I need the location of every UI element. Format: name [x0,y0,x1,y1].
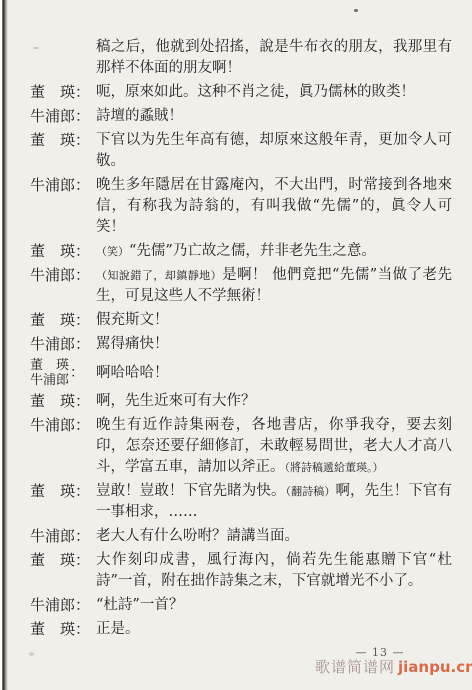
dialogue-segment: 晚生多年隱居在甘露庵內，不大出門，时常接到各地來信，有称我为詩翁的，有叫我做“先… [96,177,452,235]
dialogue-text: 呃，原來如此。这种不肖之徒，眞乃儒林的敗类！ [96,82,452,103]
dialogue-text: （知說錯了，却鎮靜地）是啊！ 他們竟把“先儒”当做了老先生，可見这些人不学無術！ [96,265,452,307]
speaker-name: 董 瑛牛浦郎： [30,358,96,388]
stage-direction: （將詩稿遞給董瑛。） [285,461,384,474]
speaker-name-stacked: 董 瑛 [30,358,69,373]
dialogue-line: 稿之后，他就到处招搖，說是牛布衣的朋友，我那里有那样不体面的朋友啊！ [30,37,452,79]
dialogue-text: 下官以为先生年高有德，却原來这般年青，更加令人可敬。 [96,130,452,172]
dialogue-text: 啊哈哈哈！ [96,358,452,388]
dialogue-line: 牛浦郎：駡得痛快！ [30,334,452,355]
dialogue-text: 大作刻印成書，風行海內，倘若先生能惠贈下官“杜詩”一首，附在拙作詩集之末，下官就… [96,550,452,592]
dialogue-line: 董 瑛：呃，原來如此。这种不肖之徒，眞乃儒林的敗类！ [30,82,452,103]
speaker-name: 董 瑛： [30,310,96,331]
speaker-name [30,37,96,79]
speaker-name: 牛浦郎： [30,595,96,616]
dialogue-line: 牛浦郎：（知說錯了，却鎮靜地）是啊！ 他們竟把“先儒”当做了老先生，可見这些人不… [30,265,452,307]
dialogue-text: 啊，先生近來可有大作？ [96,391,452,412]
dialogue-text: 老大人有什么吩咐？請講当面。 [96,526,452,547]
dialogue-text: 正是。 [96,619,452,640]
dialogue-segment: 豈敢！豈敢！下官先睹为快。 [96,483,286,499]
dialogue-segment: 正是。 [96,621,140,637]
dialogue-segment: “杜詩”一首？ [96,597,183,613]
dialogue-line: 董 瑛：下官以为先生年高有德，却原來这般年青，更加令人可敬。 [30,130,452,172]
dialogue-line: 牛浦郎：老大人有什么吩咐？請講当面。 [30,526,452,547]
dialogue-segment: 呃，原來如此。这种不肖之徒，眞乃儒林的敗类！ [96,84,415,100]
dialogue-segment: 啊哈哈哈！ [96,363,169,384]
dialogue-line: 董 瑛：啊，先生近來可有大作？ [30,391,452,412]
dialogue-line: 董 瑛：（笑）“先儒”乃亡故之儒，幷非老先生之意。 [30,241,452,262]
speaker-name: 董 瑛： [30,481,96,523]
dialogue-line: 牛浦郎：“杜詩”一首？ [30,595,452,616]
dialogue-text: 晚生有近作詩集兩卷，各地書店，你爭我夺，要去刻印，怎奈还要仔細修訂，未敢輕易問世… [96,415,452,478]
dialogue-list: 稿之后，他就到处招搖，說是牛布衣的朋友，我那里有那样不体面的朋友啊！董 瑛：呃，… [30,37,452,643]
stage-direction: （翻詩稿） [286,485,336,498]
dialogue-segment: 駡得痛快！ [96,336,169,352]
dialogue-segment: 假充斯文！ [96,312,169,328]
speaker-name: 董 瑛： [30,550,96,592]
stage-direction: （知說錯了，却鎮靜地） [96,269,222,282]
dialogue-text: “杜詩”一首？ [96,595,452,616]
speaker-name: 牛浦郎： [30,106,96,127]
speaker-name: 董 瑛： [30,241,96,262]
dialogue-line: 董 瑛：大作刻印成書，風行海內，倘若先生能惠贈下官“杜詩”一首，附在拙作詩集之末… [30,550,452,592]
dialogue-segment: 晚生有近作詩集兩卷，各地書店，你爭我夺，要去刻印，怎奈还要仔細修訂，未敢輕易問世… [96,417,452,475]
watermark-domain: jianpu.cn [398,658,472,676]
watermark: 歌谱简谱网jianpu.cn [315,656,472,677]
watermark-site-name: 歌谱简谱网 [315,658,395,676]
dialogue-line: 董 瑛：正是。 [30,619,452,640]
dialogue-line: 牛浦郎：詩壇的蟊賊！ [30,106,452,127]
dialogue-segment: 大作刻印成書，風行海內，倘若先生能惠贈下官“杜詩”一首，附在拙作詩集之末，下官就… [96,552,452,589]
shared-colon: ： [70,363,84,384]
dialogue-segment: 啊，先生近來可有大作？ [96,393,256,409]
scan-speck [354,9,358,12]
dialogue-segment: 詩壇的蟊賊！ [96,108,183,124]
speaker-name: 牛浦郎： [30,265,96,307]
dialogue-segment: 下官以为先生年高有德，却原來这般年青，更加令人可敬。 [96,132,452,169]
dialogue-line: 董 瑛：假充斯文！ [30,310,452,331]
dialogue-line: 牛浦郎：晚生有近作詩集兩卷，各地書店，你爭我夺，要去刻印，怎奈还要仔細修訂，未敢… [30,415,452,478]
speaker-name: 牛浦郎： [30,415,96,478]
dialogue-text: 豈敢！豈敢！下官先睹为快。（翻詩稿）啊，先生！下官有一事相求，…… [96,481,452,523]
dialogue-segment: 老大人有什么吩咐？請講当面。 [96,528,299,544]
speaker-name-stacked: 牛浦郎 [30,373,69,388]
speaker-name: 牛浦郎： [30,334,96,355]
speaker-name: 牛浦郎： [30,526,96,547]
speaker-name: 董 瑛： [30,391,96,412]
scan-speck [29,652,34,656]
dialogue-line: 牛浦郎：晚生多年隱居在甘露庵內，不大出門，时常接到各地來信，有称我为詩翁的，有叫… [30,175,452,238]
dialogue-text: 假充斯文！ [96,310,452,331]
dialogue-text: （笑）“先儒”乃亡故之儒，幷非老先生之意。 [96,241,452,262]
speaker-name: 董 瑛： [30,82,96,103]
stage-direction: （笑） [96,245,129,258]
speaker-name: 牛浦郎： [30,175,96,238]
page-binding-edge [0,0,8,690]
dialogue-line: 董 瑛：豈敢！豈敢！下官先睹为快。（翻詩稿）啊，先生！下官有一事相求，…… [30,481,452,523]
dialogue-segment: “先儒”乃亡故之儒，幷非老先生之意。 [129,243,376,259]
dialogue-text: 詩壇的蟊賊！ [96,106,452,127]
speaker-name: 董 瑛： [30,619,96,640]
dialogue-line: 董 瑛牛浦郎：啊哈哈哈！ [30,358,452,388]
speaker-name: 董 瑛： [30,130,96,172]
dialogue-segment: 稿之后，他就到处招搖，說是牛布衣的朋友，我那里有那样不体面的朋友啊！ [96,39,452,76]
scanned-book-page: { "page": { "colon": "：", "ink_color": "… [0,0,472,690]
dialogue-text: 稿之后，他就到处招搖，說是牛布衣的朋友，我那里有那样不体面的朋友啊！ [96,37,452,79]
dialogue-text: 駡得痛快！ [96,334,452,355]
dialogue-text: 晚生多年隱居在甘露庵內，不大出門，时常接到各地來信，有称我为詩翁的，有叫我做“先… [96,175,452,238]
